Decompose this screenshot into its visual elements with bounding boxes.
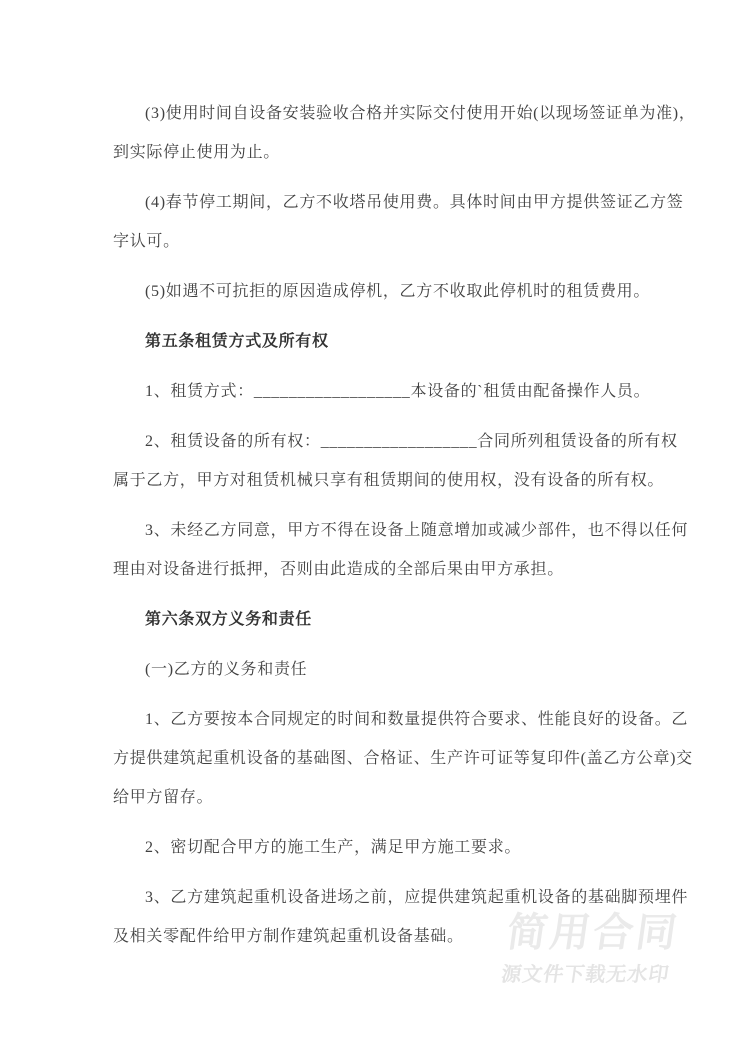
paragraph: (一)乙方的义务和责任 [113, 650, 724, 689]
paragraph: 3、未经乙方同意，甲方不得在设备上随意增加或减少部件，也不得以任何 理由对设备进… [113, 511, 724, 589]
contract-body: (3)使用时间自设备安装验收合格并实际交付使用开始(以现场签证单为准)， 到实际… [0, 0, 742, 967]
section-heading: 第六条双方义务和责任 [113, 600, 724, 639]
paragraph: 2、租赁设备的所有权：__________________合同所列租赁设备的所有… [113, 422, 724, 500]
paragraph: (5)如遇不可抗拒的原因造成停机，乙方不收取此停机时的租赁费用。 [113, 272, 724, 311]
paragraph: 2、密切配合甲方的施工生产，满足甲方施工要求。 [113, 828, 724, 867]
paragraph: 1、乙方要按本合同规定的时间和数量提供符合要求、性能良好的设备。乙 方提供建筑起… [113, 700, 724, 817]
document-page: (3)使用时间自设备安装验收合格并实际交付使用开始(以现场签证单为准)， 到实际… [0, 0, 742, 1049]
paragraph: (4)春节停工期间，乙方不收塔吊使用费。具体时间由甲方提供签证乙方签 字认可。 [113, 183, 724, 261]
section-heading: 第五条租赁方式及所有权 [113, 322, 724, 361]
paragraph: 3、乙方建筑起重机设备进场之前，应提供建筑起重机设备的基础脚预埋件 及相关零配件… [113, 878, 724, 956]
paragraph: 1、租赁方式：__________________本设备的`租赁由配备操作人员。 [113, 372, 724, 411]
paragraph: (3)使用时间自设备安装验收合格并实际交付使用开始(以现场签证单为准)， 到实际… [113, 94, 724, 172]
